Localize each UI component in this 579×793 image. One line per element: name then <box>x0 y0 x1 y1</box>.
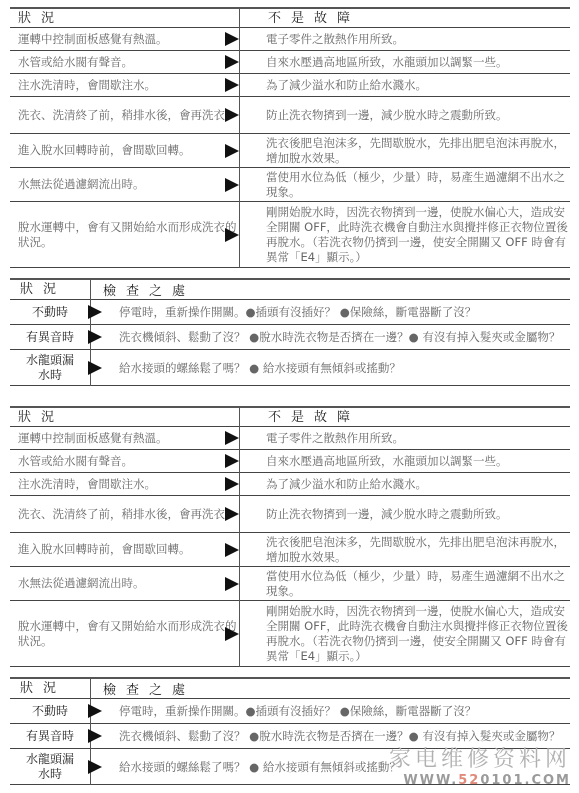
situation-cell: 水無法從過濾網流出時。 <box>10 567 239 601</box>
arrow-right-icon <box>88 305 102 319</box>
situation-cell: 水無法從過濾網流出時。 <box>10 168 239 202</box>
explanation-cell: 當使用水位為低（極少，少量）時，易產生過濾網不出水之現象。 <box>240 168 571 202</box>
header-not-fault: 不是故障 <box>240 8 571 28</box>
watermark-url: WWW.520101.COM <box>389 773 571 788</box>
arrow-right-icon <box>225 627 239 641</box>
arrow-right-icon <box>225 144 239 158</box>
header-check: 檢查之處 <box>91 678 571 699</box>
situation-cell: 水管或給水閥有聲音。 <box>10 51 239 74</box>
header-situation: 狀況 <box>10 407 239 427</box>
arrow-right-icon <box>225 543 239 557</box>
arrow-right-icon <box>225 431 239 445</box>
watermark-text: 家电维修资料网 <box>389 742 571 773</box>
troubleshooting-section-1: 狀況 不是故障 運轉中控制面板感覺有熱溫。 電子零件之散熱作用所致。 水管或給水… <box>10 7 570 386</box>
table-row: 運轉中控制面板感覺有熱溫。 電子零件之散熱作用所致。 <box>10 28 570 51</box>
situation-cell: 運轉中控制面板感覺有熱溫。 <box>10 427 239 450</box>
header-not-fault: 不是故障 <box>240 407 571 427</box>
table-row: 進入脫水回轉時前，會間歇回轉。 洗衣後肥皂泡沫多，先間歇脫水，先排出肥皂泡沫再脫… <box>10 134 570 168</box>
situation-cell: 注水洗清時，會間歇注水。 <box>10 74 239 97</box>
situation-cell: 有異音時 <box>10 325 91 350</box>
situation-cell: 有異音時 <box>10 724 91 749</box>
check-cell: 停電時，重新操作開關。●插頭有沒插好？ ●保險絲，斷電器斷了沒？ <box>119 305 476 319</box>
situation-cell: 進入脫水回轉時前，會間歇回轉。 <box>10 134 239 168</box>
situation-cell: 水龍頭漏水時 <box>10 749 91 785</box>
troubleshooting-section-2: 狀況 不是故障 運轉中控制面板感覺有熱溫。 電子零件之散熱作用所致。 水管或給水… <box>10 406 570 785</box>
table-row: 脫水運轉中，會有又開始給水而形成洗衣的狀況。 剛開始脫水時，因洗衣物擠到一邊，使… <box>10 601 570 667</box>
arrow-right-icon <box>225 55 239 69</box>
table-row: 有異音時 洗衣機傾斜、鬆動了沒？ ●脫水時洗衣物是否擠在一邊？● 有沒有掉入髮夾… <box>10 325 570 350</box>
table-header-row: 狀況 檢查之處 <box>10 279 570 300</box>
explanation-cell: 防止洗衣物擠到一邊，減少脫水時之震動所致。 <box>240 496 571 533</box>
explanation-cell: 當使用水位為低（極少，少量）時，易產生過濾網不出水之現象。 <box>240 567 571 601</box>
arrow-right-icon <box>225 454 239 468</box>
table-row: 不動時 停電時，重新操作開關。●插頭有沒插好？ ●保險絲，斷電器斷了沒？ <box>10 699 570 724</box>
table-header-row: 狀況 檢查之處 <box>10 678 570 699</box>
situation-cell: 洗衣、洗清終了前，稍排水後，會再洗衣。 <box>10 97 239 134</box>
situation-cell: 運轉中控制面板感覺有熱溫。 <box>10 28 239 51</box>
situation-cell: 洗衣、洗清終了前，稍排水後，會再洗衣。 <box>10 496 239 533</box>
table-row: 水管或給水閥有聲音。 自來水壓過高地區所致，水龍頭加以調緊一些。 <box>10 450 570 473</box>
explanation-cell: 為了減少溢水和防止給水濺水。 <box>240 74 571 97</box>
check-table: 狀況 檢查之處 不動時 停電時，重新操作開關。●插頭有沒插好？ ●保險絲，斷電器… <box>10 278 570 386</box>
header-check: 檢查之處 <box>91 279 571 300</box>
header-situation: 狀況 <box>10 279 91 300</box>
table-row: 水無法從過濾網流出時。 當使用水位為低（極少，少量）時，易產生過濾網不出水之現象… <box>10 567 570 601</box>
explanation-cell: 電子零件之散熱作用所致。 <box>240 28 571 51</box>
situation-cell: 脫水運轉中，會有又開始給水而形成洗衣的狀況。 <box>10 202 239 268</box>
situation-cell: 進入脫水回轉時前，會間歇回轉。 <box>10 533 239 567</box>
arrow-right-icon <box>88 704 102 718</box>
table-row: 水無法從過濾網流出時。 當使用水位為低（極少，少量）時，易產生過濾網不出水之現象… <box>10 168 570 202</box>
explanation-cell: 為了減少溢水和防止給水濺水。 <box>240 473 571 496</box>
check-cell: 給水接頭的螺絲鬆了嗎？ ● 給水接頭有無傾斜或搖動？ <box>119 361 401 375</box>
check-cell: 停電時，重新操作開關。●插頭有沒插好？ ●保險絲，斷電器斷了沒？ <box>119 704 476 718</box>
arrow-right-icon <box>225 228 239 242</box>
table-row: 脫水運轉中，會有又開始給水而形成洗衣的狀況。 剛開始脫水時，因洗衣物擠到一邊，使… <box>10 202 570 268</box>
arrow-right-icon <box>225 108 239 122</box>
situation-cell: 不動時 <box>10 300 91 325</box>
check-cell: 給水接頭的螺絲鬆了嗎？ ● 給水接頭有無傾斜或搖動？ <box>119 760 401 774</box>
not-fault-table: 狀況 不是故障 運轉中控制面板感覺有熱溫。 電子零件之散熱作用所致。 水管或給水… <box>10 7 570 268</box>
table-header-row: 狀況 不是故障 <box>10 8 570 28</box>
explanation-cell: 電子零件之散熱作用所致。 <box>240 427 571 450</box>
explanation-cell: 洗衣後肥皂泡沫多，先間歇脫水，先排出肥皂泡沫再脫水，增加脫水效果。 <box>240 134 571 168</box>
situation-cell: 注水洗清時，會間歇注水。 <box>10 473 239 496</box>
check-cell: 洗衣機傾斜、鬆動了沒？ ●脫水時洗衣物是否擠在一邊？● 有沒有掉入髮夾或金屬物？ <box>119 330 560 344</box>
table-row: 洗衣、洗清終了前，稍排水後，會再洗衣。 防止洗衣物擠到一邊，減少脫水時之震動所致… <box>10 97 570 134</box>
table-row: 水龍頭漏水時 給水接頭的螺絲鬆了嗎？ ● 給水接頭有無傾斜或搖動？ <box>10 350 570 386</box>
table-row: 運轉中控制面板感覺有熱溫。 電子零件之散熱作用所致。 <box>10 427 570 450</box>
table-row: 注水洗清時，會間歇注水。 為了減少溢水和防止給水濺水。 <box>10 74 570 97</box>
situation-cell: 水龍頭漏水時 <box>10 350 91 386</box>
arrow-right-icon <box>88 760 102 774</box>
table-row: 不動時 停電時，重新操作開關。●插頭有沒插好？ ●保險絲，斷電器斷了沒？ <box>10 300 570 325</box>
not-fault-table: 狀況 不是故障 運轉中控制面板感覺有熱溫。 電子零件之散熱作用所致。 水管或給水… <box>10 406 570 667</box>
header-situation: 狀況 <box>10 678 91 699</box>
table-row: 水管或給水閥有聲音。 自來水壓過高地區所致，水龍頭加以調緊一些。 <box>10 51 570 74</box>
arrow-right-icon <box>225 178 239 192</box>
table-row: 進入脫水回轉時前，會間歇回轉。 洗衣後肥皂泡沫多，先間歇脫水，先排出肥皂泡沫再脫… <box>10 533 570 567</box>
table-header-row: 狀況 不是故障 <box>10 407 570 427</box>
table-row: 洗衣、洗清終了前，稍排水後，會再洗衣。 防止洗衣物擠到一邊，減少脫水時之震動所致… <box>10 496 570 533</box>
explanation-cell: 自來水壓過高地區所致，水龍頭加以調緊一些。 <box>240 450 571 473</box>
explanation-cell: 剛開始脫水時，因洗衣物擠到一邊，使脫水偏心大，造成安全開關 OFF，此時洗衣機會… <box>240 601 571 667</box>
header-situation: 狀況 <box>10 8 239 28</box>
site-watermark: 家电维修资料网 WWW.520101.COM <box>389 742 571 788</box>
arrow-right-icon <box>225 78 239 92</box>
check-cell: 洗衣機傾斜、鬆動了沒？ ●脫水時洗衣物是否擠在一邊？● 有沒有掉入髮夾或金屬物？ <box>119 729 560 743</box>
arrow-right-icon <box>88 361 102 375</box>
explanation-cell: 自來水壓過高地區所致，水龍頭加以調緊一些。 <box>240 51 571 74</box>
situation-cell: 不動時 <box>10 699 91 724</box>
arrow-right-icon <box>225 32 239 46</box>
table-row: 注水洗清時，會間歇注水。 為了減少溢水和防止給水濺水。 <box>10 473 570 496</box>
arrow-right-icon <box>225 477 239 491</box>
arrow-right-icon <box>88 729 102 743</box>
arrow-right-icon <box>225 577 239 591</box>
arrow-right-icon <box>225 507 239 521</box>
explanation-cell: 洗衣後肥皂泡沫多，先間歇脫水，先排出肥皂泡沫再脫水，增加脫水效果。 <box>240 533 571 567</box>
explanation-cell: 剛開始脫水時，因洗衣物擠到一邊，使脫水偏心大，造成安全開關 OFF，此時洗衣機會… <box>240 202 571 268</box>
situation-cell: 水管或給水閥有聲音。 <box>10 450 239 473</box>
explanation-cell: 防止洗衣物擠到一邊，減少脫水時之震動所致。 <box>240 97 571 134</box>
situation-cell: 脫水運轉中，會有又開始給水而形成洗衣的狀況。 <box>10 601 239 667</box>
arrow-right-icon <box>88 330 102 344</box>
